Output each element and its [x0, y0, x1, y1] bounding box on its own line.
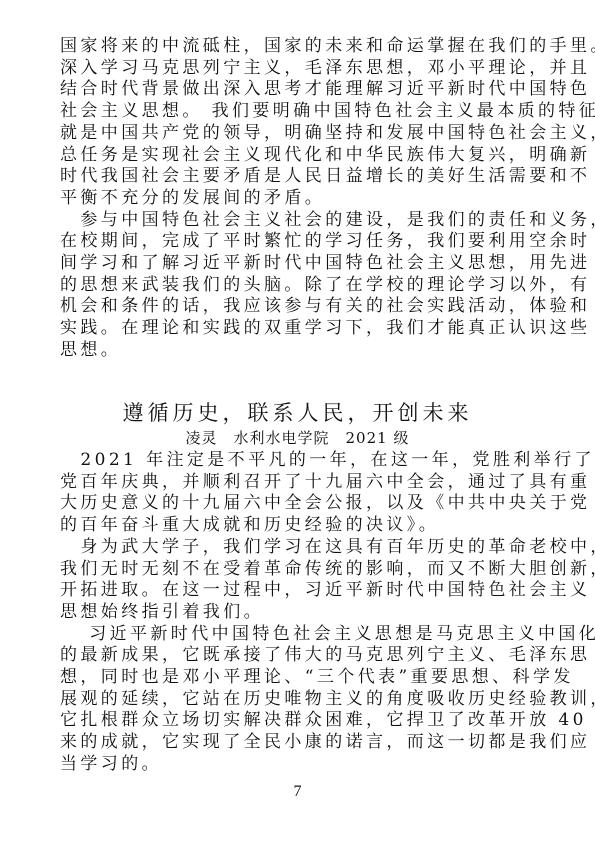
text-line: 身为武大学子，我们学习在这具有百年历史的革命老校中， [60, 537, 540, 558]
text-line: 就是中国共产党的领导，明确坚持和发展中国特色社会主义， [60, 123, 540, 144]
text-line: 党百年庆典，并顺利召开了十九届六中全会，通过了具有重 [60, 472, 540, 493]
text-line: 它扎根群众立场切实解决群众困难，它捍卫了改革开放 40 年 [60, 710, 540, 731]
article-title: 遵循历史，联系人民，开创未来 [0, 400, 595, 426]
text-line: 深入学习马克思列宁主义，毛泽东思想，邓小平理论，并且 [60, 58, 540, 79]
text-line: 2021 年注定是不平凡的一年，在这一年，党胜利举行了建 [60, 450, 540, 471]
text-line: 总任务是实现社会主义现代化和中华民族伟大复兴，明确新 [60, 145, 540, 166]
text-line: 来的成就，它实现了全民小康的诺言，而这一切都是我们应 [60, 732, 540, 753]
text-line: 思想始终指引着我们。 [60, 602, 540, 623]
page-number: 7 [0, 783, 595, 801]
text-line: 社会主义思想。 我们要明确中国特色社会主义最本质的特征 [60, 101, 540, 122]
text-line: 当学习的。 [60, 754, 540, 775]
text-line: 参与中国特色社会主义社会的建设，是我们的责任和义务， [60, 210, 540, 231]
text-line: 大历史意义的十九届六中全会公报，以及《中共中央关于党 [60, 493, 540, 514]
text-line: 的百年奋斗重大成就和历史经验的决议》。 [60, 515, 540, 536]
text-line: 结合时代背景做出深入思考才能理解习近平新时代中国特色 [60, 79, 540, 100]
article-byline: 凌灵 水利水电学院 2021 级 [0, 428, 595, 448]
text-line: 我们无时无刻不在受着革命传统的影响，而又不断大胆创新， [60, 559, 540, 580]
text-line: 国家将来的中流砥柱，国家的未来和命运掌握在我们的手里。 [60, 36, 540, 57]
text-line: 想，同时也是邓小平理论、“三个代表”重要思想、科学发 [60, 667, 540, 688]
text-line: 展观的延续，它站在历史唯物主义的角度吸收历史经验教训， [60, 689, 540, 710]
text-line: 时代我国社会主要矛盾是人民日益增长的美好生活需要和不 [60, 166, 540, 187]
text-line: 实践。在理论和实践的双重学习下，我们才能真正认识这些 [60, 318, 540, 339]
text-line: 开拓进取。在这一过程中，习近平新时代中国特色社会主义 [60, 580, 540, 601]
text-line: 间学习和了解习近平新时代中国特色社会主义思想，用先进 [60, 253, 540, 274]
text-line: 习近平新时代中国特色社会主义思想是马克思主义中国化 [60, 624, 540, 645]
text-line: 机会和条件的话，我应该参与有关的社会实践活动，体验和 [60, 296, 540, 317]
document-page: 国家将来的中流砥柱，国家的未来和命运掌握在我们的手里。深入学习马克思列宁主义，毛… [0, 0, 595, 842]
text-line: 平衡不充分的发展间的矛盾。 [60, 188, 540, 209]
text-line: 的思想来武装我们的头脑。除了在学校的理论学习以外，有 [60, 275, 540, 296]
text-line: 的最新成果，它既承接了伟大的马克思列宁主义、毛泽东思 [60, 645, 540, 666]
text-line: 思想。 [60, 340, 540, 361]
text-line: 在校期间，完成了平时繁忙的学习任务，我们要利用空余时 [60, 231, 540, 252]
